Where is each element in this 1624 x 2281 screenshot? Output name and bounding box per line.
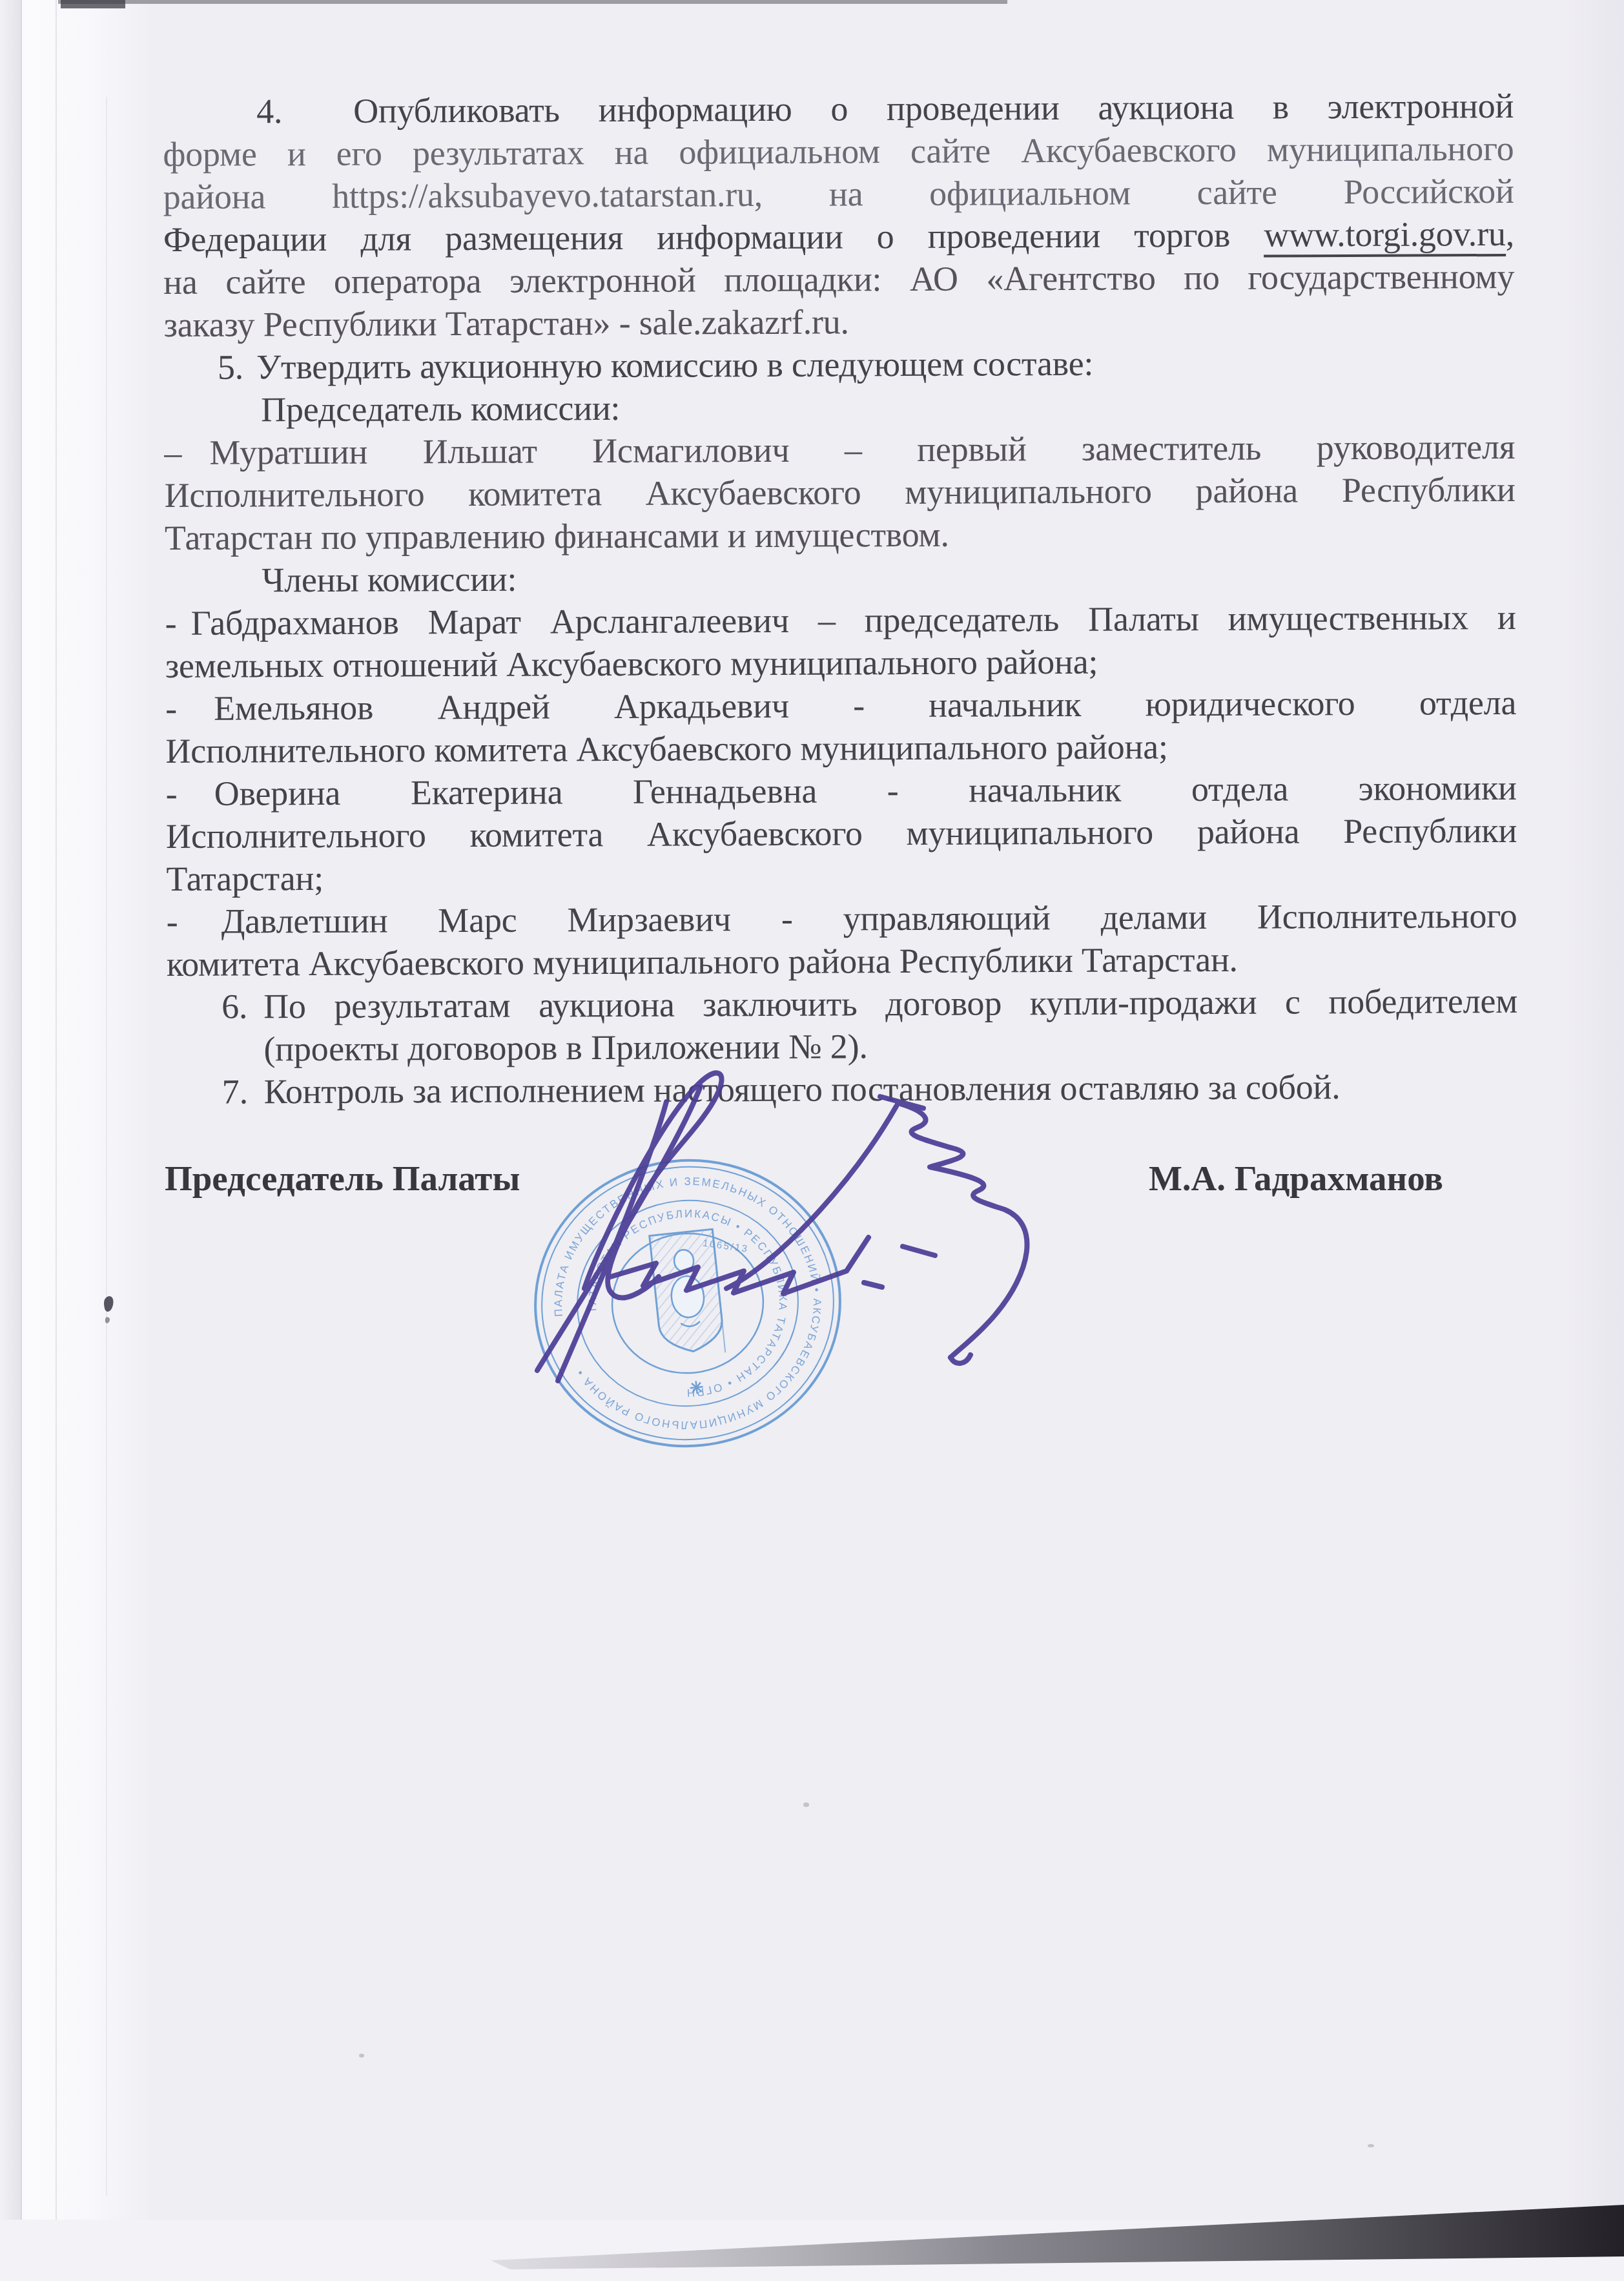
scan-artifact-left-edge: [0, 0, 21, 2281]
text-line: Председатель комиссии:: [164, 383, 1515, 431]
list-dash: -: [165, 602, 190, 645]
list-number: 7.: [222, 1070, 264, 1113]
underlined-url: www.torgi.gov.ru: [1264, 214, 1506, 258]
text-line: заказу Республики Татарстан» - sale.zaka…: [163, 298, 1514, 346]
signer-role: Председатель Палаты: [165, 1159, 520, 1198]
text-line: Члены комиссии:: [165, 553, 1516, 602]
list-number: 5.: [218, 346, 256, 388]
scan-artifact-speck: [1368, 2144, 1374, 2147]
text-line: Исполнительного комитета Аксубаевского м…: [165, 724, 1516, 772]
text-line: Татарстан по управлению финансами и имущ…: [165, 511, 1516, 559]
text-line: Исполнительного комитета Аксубаевского м…: [166, 809, 1517, 858]
text-line: района https://aksubayevo.tatarstan.ru, …: [163, 170, 1514, 218]
scan-artifact-speck: [803, 1802, 809, 1807]
text-line: Исполнительного комитета Аксубаевского м…: [165, 468, 1516, 517]
text-line: -Давлетшин Марс Мирзаевич - управляющий …: [166, 894, 1517, 943]
text-line: 4.Опубликовать информацию о проведении а…: [163, 85, 1514, 133]
scan-artifact-ink-blot: [98, 1292, 124, 1337]
list-dash: –: [164, 431, 209, 474]
text-line: на сайте оператора электронной площадки:…: [163, 255, 1514, 304]
list-number: 4.: [256, 90, 353, 133]
signer-name: М.А. Гадрахманов: [1149, 1159, 1443, 1198]
text-line: земельных отношений Аксубаевского муници…: [165, 639, 1516, 687]
text-line: –Муратшин Ильшат Исмагилович – первый за…: [164, 426, 1515, 474]
scan-artifact-bottom-wedge: [0, 2197, 1624, 2281]
scan-artifact-crease: [106, 97, 107, 2196]
text-line: Татарстан;: [166, 852, 1517, 900]
handwritten-signature: [504, 988, 1149, 1427]
scan-artifact-speck: [359, 2054, 364, 2058]
text-line: форме и его результатах на официальном с…: [163, 127, 1514, 176]
text-line: -Емельянов Андрей Аркадьевич - начальник…: [165, 681, 1516, 730]
scanned-document-page: 4.Опубликовать информацию о проведении а…: [0, 0, 1624, 2281]
text-line: комитета Аксубаевского муниципального ра…: [167, 937, 1517, 986]
document-body: 4.Опубликовать информацию о проведении а…: [163, 85, 1518, 1113]
scan-artifact-crease: [56, 0, 57, 2281]
text-line: -Оверина Екатерина Геннадьевна - начальн…: [166, 767, 1517, 815]
list-dash: -: [165, 687, 214, 730]
list-dash: -: [166, 772, 214, 815]
scan-artifact-page-margin: [21, 0, 149, 2281]
scan-artifact-top-corner: [61, 0, 125, 8]
list-dash: -: [166, 900, 221, 943]
text-line: 5.Утвердить аукционную комиссию в следую…: [164, 340, 1515, 389]
text-line: -Габдрахманов Марат Арслангалеевич – пре…: [165, 596, 1516, 645]
list-number: 6.: [221, 985, 263, 1027]
scan-artifact-top-strip: [58, 0, 1007, 4]
scan-artifact-right-shade: [1566, 0, 1624, 2281]
text-line: Федерации для размещения информации о пр…: [163, 212, 1514, 261]
